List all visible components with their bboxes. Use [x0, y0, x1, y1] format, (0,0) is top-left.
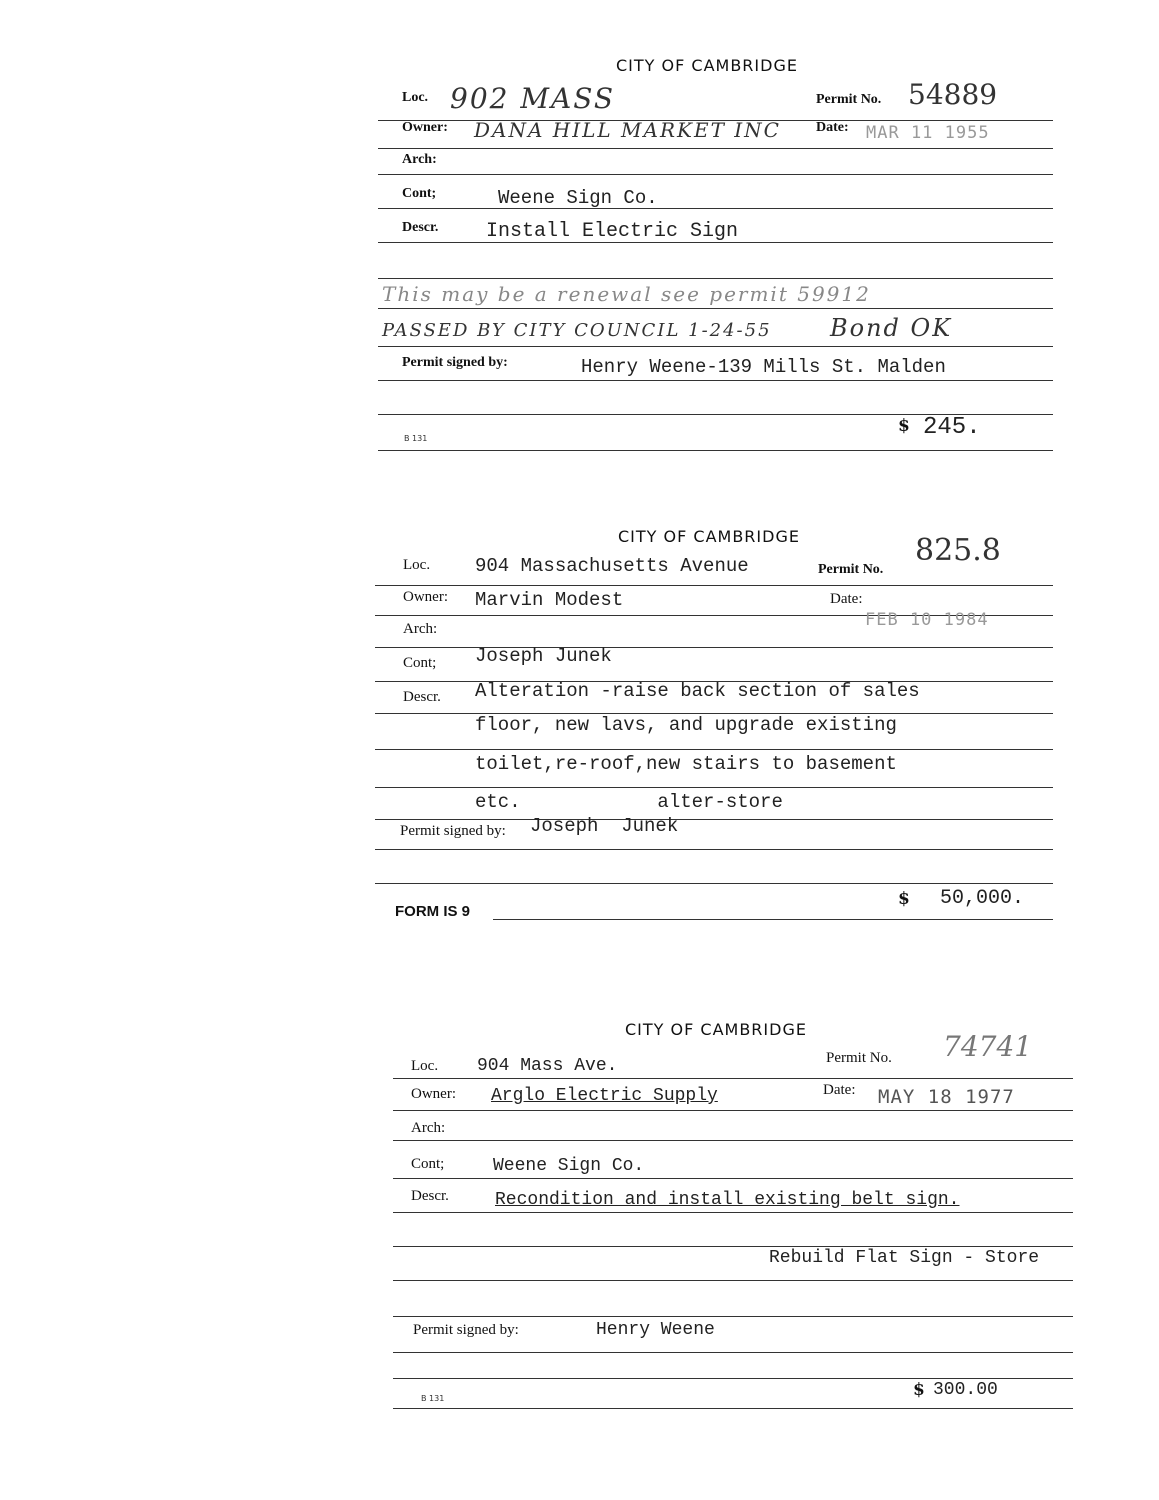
owner-label: Owner: [402, 120, 448, 136]
permit-no-value: 54889 [908, 78, 997, 111]
spacer-row [375, 849, 1053, 884]
dollar-sign: $ [898, 889, 910, 909]
signed-by-label: Permit signed by: [413, 1322, 519, 1339]
cont-value: Weene Sign Co. [498, 187, 658, 209]
signed-by-value: Henry Weene [596, 1320, 715, 1340]
descr-line-4: etc. alter-store [475, 791, 783, 813]
permit-no-label: Permit No. [816, 92, 881, 108]
cont-value: Joseph Junek [475, 645, 612, 667]
descr-value: Recondition and install existing belt si… [495, 1190, 959, 1210]
date-label: Date: [816, 120, 849, 136]
spacer-row [378, 380, 1053, 415]
descr-label: Descr. [402, 220, 438, 236]
descr-label: Descr. [411, 1188, 449, 1205]
arch-label: Arch: [411, 1120, 445, 1137]
loc-value: 904 Massachusetts Avenue [475, 555, 749, 577]
card-header: CITY OF CAMBRIDGE [625, 1020, 807, 1039]
date-stamp: MAY 18 1977 [878, 1086, 1015, 1108]
dollar-sign: $ [898, 416, 910, 436]
descr-value-2: Rebuild Flat Sign - Store [769, 1248, 1039, 1268]
descr-value: Install Electric Sign [486, 220, 738, 243]
form-code: B 131 [421, 1394, 444, 1403]
permit-card-3: CITY OF CAMBRIDGE Loc. 904 Mass Ave. Per… [393, 1018, 1073, 1413]
amount-value: 50,000. [940, 887, 1024, 910]
permit-no-value: 74741 [943, 1030, 1032, 1063]
handwritten-note-renewal: This may be a renewal see permit 59912 [382, 282, 871, 306]
cont-row [378, 174, 1053, 209]
date-stamp: MAR 11 1955 [866, 123, 990, 143]
dollar-sign: $ [913, 1380, 925, 1400]
descr-line-1: Alteration -raise back section of sales [475, 680, 920, 702]
owner-value: DANA HILL MARKET INC [474, 118, 781, 142]
amount-value: 245. [923, 414, 981, 441]
card-header: CITY OF CAMBRIDGE [618, 527, 800, 546]
form-code: FORM IS 9 [395, 903, 470, 920]
owner-label: Owner: [403, 589, 448, 606]
form-code: B 131 [404, 434, 427, 443]
blank-row [378, 242, 1053, 279]
spacer-row [393, 1280, 1073, 1317]
arch-row [393, 1110, 1073, 1141]
arch-label: Arch: [403, 621, 437, 638]
amount-value: 300.00 [933, 1380, 998, 1400]
cont-label: Cont; [411, 1156, 444, 1173]
loc-value: 904 Mass Ave. [477, 1056, 617, 1076]
cont-label: Cont; [403, 655, 436, 672]
signed-by-value: Henry Weene-139 Mills St. Malden [581, 356, 946, 378]
permit-card-2: CITY OF CAMBRIDGE 825.8 Loc. 904 Massach… [375, 525, 1053, 925]
descr-line-3: toilet,re-roof,new stairs to basement [475, 753, 897, 775]
cont-value: Weene Sign Co. [493, 1156, 644, 1176]
descr-line-2: floor, new lavs, and upgrade existing [475, 714, 897, 736]
owner-value: Arglo Electric Supply [491, 1086, 718, 1106]
owner-label: Owner: [411, 1086, 456, 1103]
arch-row [378, 148, 1053, 175]
loc-label: Loc. [403, 557, 430, 574]
arch-row [375, 615, 1053, 648]
card-header: CITY OF CAMBRIDGE [616, 56, 798, 75]
date-label: Date: [823, 1082, 855, 1099]
signed-by-label: Permit signed by: [400, 823, 506, 840]
blank-row [393, 1212, 1073, 1247]
owner-value: Marvin Modest [475, 589, 623, 611]
signed-by-value: Joseph Junek [530, 815, 678, 837]
arch-label: Arch: [402, 152, 437, 168]
loc-value: 902 MASS [450, 82, 615, 115]
handwritten-note-council: PASSED BY CITY COUNCIL 1-24-55 [382, 320, 772, 341]
date-label: Date: [830, 591, 862, 608]
permit-no-label: Permit No. [826, 1050, 892, 1067]
signed-by-label: Permit signed by: [402, 355, 508, 371]
descr-label: Descr. [403, 689, 441, 706]
cont-label: Cont; [402, 186, 436, 202]
permit-no-label: Permit No. [818, 562, 883, 578]
handwritten-note-bond: Bond OK [830, 314, 952, 342]
spacer-row-2 [393, 1352, 1073, 1379]
loc-label: Loc. [411, 1058, 438, 1075]
permit-card-1: CITY OF CAMBRIDGE Loc. 902 MASS Permit N… [378, 50, 1053, 460]
loc-label: Loc. [402, 90, 428, 106]
